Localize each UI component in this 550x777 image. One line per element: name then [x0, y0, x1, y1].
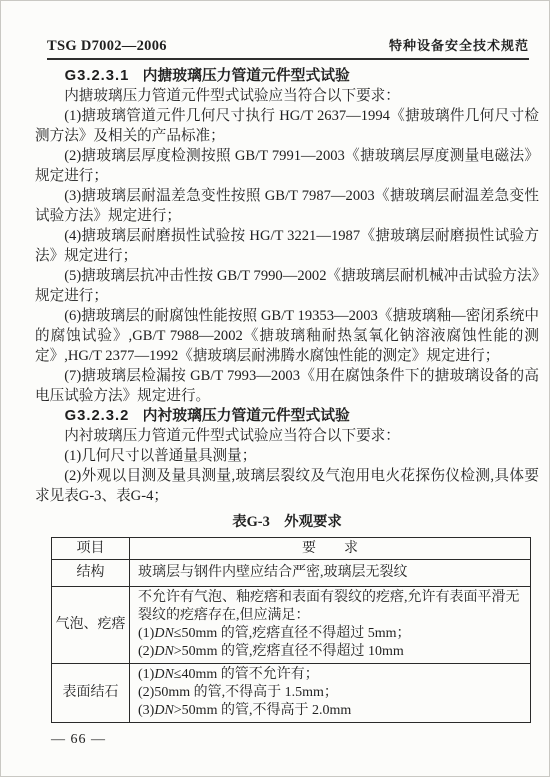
section-heading-g3231: G3.2.3.1内搪玻璃压力管道元件型式试验: [35, 66, 539, 86]
requirement-line: (3)DN>50mm 的管,不得高于 2.0mm: [138, 702, 522, 720]
table-caption-label: 表G-3: [232, 514, 270, 530]
table-row-surface-stones: 表面结石 (1)DN≤40mm 的管不允许有； (2)50mm 的管,不得高于 …: [52, 664, 531, 723]
column-header-item: 项目: [52, 538, 130, 560]
document-page: TSG D7002—2006 特种设备安全技术规范 G3.2.3.1内搪玻璃压力…: [0, 0, 550, 777]
cell-item: 表面结石: [52, 664, 130, 723]
paragraph-item-4: (4)搪玻璃层耐磨损性试验按 HG/T 3221—1987《搪玻璃层耐磨损性试验…: [35, 226, 539, 266]
cell-item: 气泡、疙瘩: [52, 587, 130, 664]
requirement-line: (2)DN>50mm 的管,疙瘩直径不得超过 10mm: [138, 643, 522, 661]
requirement-line: 玻璃层与钢件内壁应结合严密,玻璃层无裂纹: [138, 564, 522, 582]
paragraph-item-1: (1)几何尺寸以普通量具测量；: [35, 446, 539, 466]
cell-item: 结构: [52, 560, 130, 587]
document-title: 特种设备安全技术规范: [389, 35, 529, 54]
cell-requirement: (1)DN≤40mm 的管不允许有； (2)50mm 的管,不得高于 1.5mm…: [130, 664, 531, 723]
section-heading-g3232: G3.2.3.2内衬玻璃压力管道元件型式试验: [35, 406, 539, 426]
paragraph-item-2: (2)外观以目测及量具测量,玻璃层裂纹及气泡用电火花探伤仪检测,具体要求见表G-…: [35, 466, 539, 506]
paragraph-item-2: (2)搪玻璃层厚度检测按照 GB/T 7991—2003《搪玻璃层厚度测量电磁法…: [35, 146, 539, 186]
paragraph-item-3: (3)搪玻璃层耐温差急变性按照 GB/T 7987—2003《搪玻璃层耐温差急变…: [35, 186, 539, 226]
document-body: G3.2.3.1内搪玻璃压力管道元件型式试验 内搪玻璃压力管道元件型式试验应当符…: [1, 60, 549, 723]
paragraph-item-5: (5)搪玻璃层抗冲击性按 GB/T 7990—2002《搪玻璃层耐机械冲击试验方…: [35, 266, 539, 306]
appearance-requirements-table: 项目 要 求 结构 玻璃层与钢件内壁应结合严密,玻璃层无裂纹 气泡、疙瘩 不允许…: [51, 537, 531, 723]
paragraph-intro: 内衬玻璃压力管道元件型式试验应当符合以下要求：: [35, 426, 539, 446]
table-row-structure: 结构 玻璃层与钢件内壁应结合严密,玻璃层无裂纹: [52, 560, 531, 587]
table-row-bubbles-lumps: 气泡、疙瘩 不允许有气泡、釉疙瘩和表面有裂纹的疙瘩,允许有表面平滑无裂纹的疙瘩存…: [52, 587, 531, 664]
cell-requirement: 不允许有气泡、釉疙瘩和表面有裂纹的疙瘩,允许有表面平滑无裂纹的疙瘩存在,但应满足…: [130, 587, 531, 664]
paragraph-item-1: (1)搪玻璃管道元件几何尺寸执行 HG/T 2637—1994《搪玻璃件几何尺寸…: [35, 106, 539, 146]
section-number: G3.2.3.2: [65, 408, 130, 424]
document-code: TSG D7002—2006: [47, 38, 167, 55]
section-title: 内搪玻璃压力管道元件型式试验: [143, 68, 350, 84]
page-number: — 66 —: [51, 732, 106, 748]
section-number: G3.2.3.1: [65, 68, 130, 84]
requirement-line: (2)50mm 的管,不得高于 1.5mm；: [138, 684, 522, 702]
column-header-requirement: 要 求: [130, 538, 531, 560]
section-title: 内衬玻璃压力管道元件型式试验: [143, 408, 350, 424]
requirement-line: (1)DN≤40mm 的管不允许有；: [138, 666, 522, 684]
page-header: TSG D7002—2006 特种设备安全技术规范: [1, 1, 549, 55]
table-caption: 表G-3外观要求: [35, 512, 539, 532]
requirement-line: (1)DN≤50mm 的管,疙瘩直径不得超过 5mm；: [138, 625, 522, 643]
paragraph-intro: 内搪玻璃压力管道元件型式试验应当符合以下要求：: [35, 86, 539, 106]
table-caption-title: 外观要求: [284, 514, 342, 530]
paragraph-item-7: (7)搪玻璃层检漏按 GB/T 7993—2003《用在腐蚀条件下的搪玻璃设备的…: [35, 366, 539, 406]
table-header-row: 项目 要 求: [52, 538, 531, 560]
paragraph-item-6: (6)搪玻璃层的耐腐蚀性能按照 GB/T 19353—2003《搪玻璃釉—密闭系…: [35, 306, 539, 366]
requirement-line: 不允许有气泡、釉疙瘩和表面有裂纹的疙瘩,允许有表面平滑无裂纹的疙瘩存在,但应满足…: [138, 589, 522, 625]
cell-requirement: 玻璃层与钢件内壁应结合严密,玻璃层无裂纹: [130, 560, 531, 587]
